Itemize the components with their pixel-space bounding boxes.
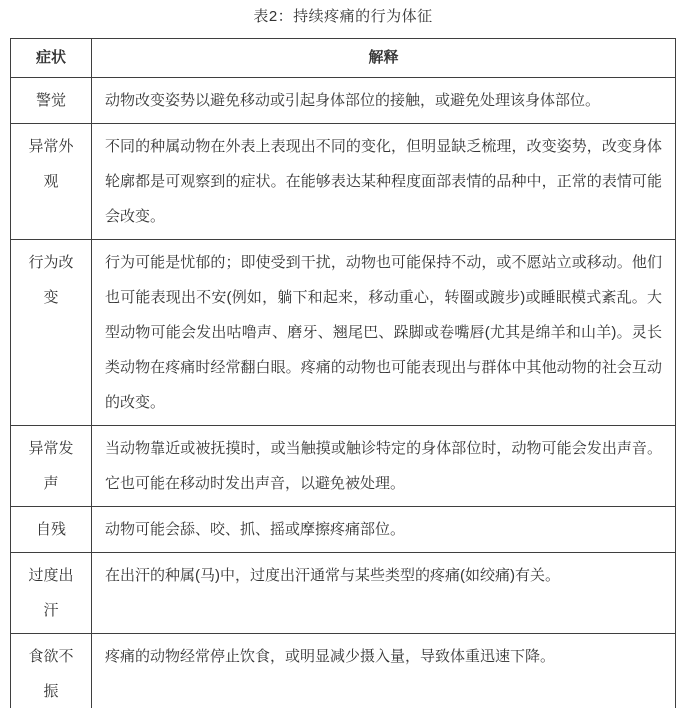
header-explanation: 解释 (92, 39, 676, 78)
explanation-cell: 不同的种属动物在外表上表现出不同的变化，但明显缺乏梳理，改变姿势，改变身体轮廓都… (92, 124, 676, 240)
symptom-cell: 食欲不振 (11, 634, 92, 708)
explanation-cell: 在出汗的种属(马)中，过度出汗通常与某些类型的疼痛(如绞痛)有关。 (92, 553, 676, 634)
table-row: 异常发声 当动物靠近或被抚摸时，或当触摸或触诊特定的身体部位时，动物可能会发出声… (11, 426, 676, 507)
symptom-cell: 行为改变 (11, 240, 92, 426)
table-header: 症状 解释 (11, 39, 676, 78)
table-row: 警觉 动物改变姿势以避免移动或引起身体部位的接触，或避免处理该身体部位。 (11, 78, 676, 124)
table-row: 自残 动物可能会舔、咬、抓、摇或摩擦疼痛部位。 (11, 507, 676, 553)
symptom-cell: 过度出汗 (11, 553, 92, 634)
table-row: 过度出汗 在出汗的种属(马)中，过度出汗通常与某些类型的疼痛(如绞痛)有关。 (11, 553, 676, 634)
table-row: 行为改变 行为可能是忧郁的；即使受到干扰，动物也可能保持不动，或不愿站立或移动。… (11, 240, 676, 426)
table-row: 异常外观 不同的种属动物在外表上表现出不同的变化，但明显缺乏梳理，改变姿势，改变… (11, 124, 676, 240)
symptom-cell: 异常外观 (11, 124, 92, 240)
explanation-cell: 疼痛的动物经常停止饮食，或明显减少摄入量，导致体重迅速下降。 (92, 634, 676, 708)
table-row: 食欲不振 疼痛的动物经常停止饮食，或明显减少摄入量，导致体重迅速下降。 (11, 634, 676, 708)
symptom-cell: 异常发声 (11, 426, 92, 507)
document-page: 表2：持续疼痛的行为体征 症状 解释 警觉 动物改变姿势以避免移动或引起身体部位… (0, 0, 684, 708)
explanation-cell: 动物可能会舔、咬、抓、摇或摩擦疼痛部位。 (92, 507, 676, 553)
header-row: 症状 解释 (11, 39, 676, 78)
table-caption: 表2：持续疼痛的行为体征 (10, 6, 676, 28)
explanation-cell: 当动物靠近或被抚摸时，或当触摸或触诊特定的身体部位时，动物可能会发出声音。它也可… (92, 426, 676, 507)
explanation-cell: 动物改变姿势以避免移动或引起身体部位的接触，或避免处理该身体部位。 (92, 78, 676, 124)
explanation-cell: 行为可能是忧郁的；即使受到干扰，动物也可能保持不动，或不愿站立或移动。他们也可能… (92, 240, 676, 426)
pain-signs-table: 症状 解释 警觉 动物改变姿势以避免移动或引起身体部位的接触，或避免处理该身体部… (10, 38, 676, 708)
header-symptom: 症状 (11, 39, 92, 78)
symptom-cell: 自残 (11, 507, 92, 553)
symptom-cell: 警觉 (11, 78, 92, 124)
table-body: 警觉 动物改变姿势以避免移动或引起身体部位的接触，或避免处理该身体部位。 异常外… (11, 78, 676, 708)
